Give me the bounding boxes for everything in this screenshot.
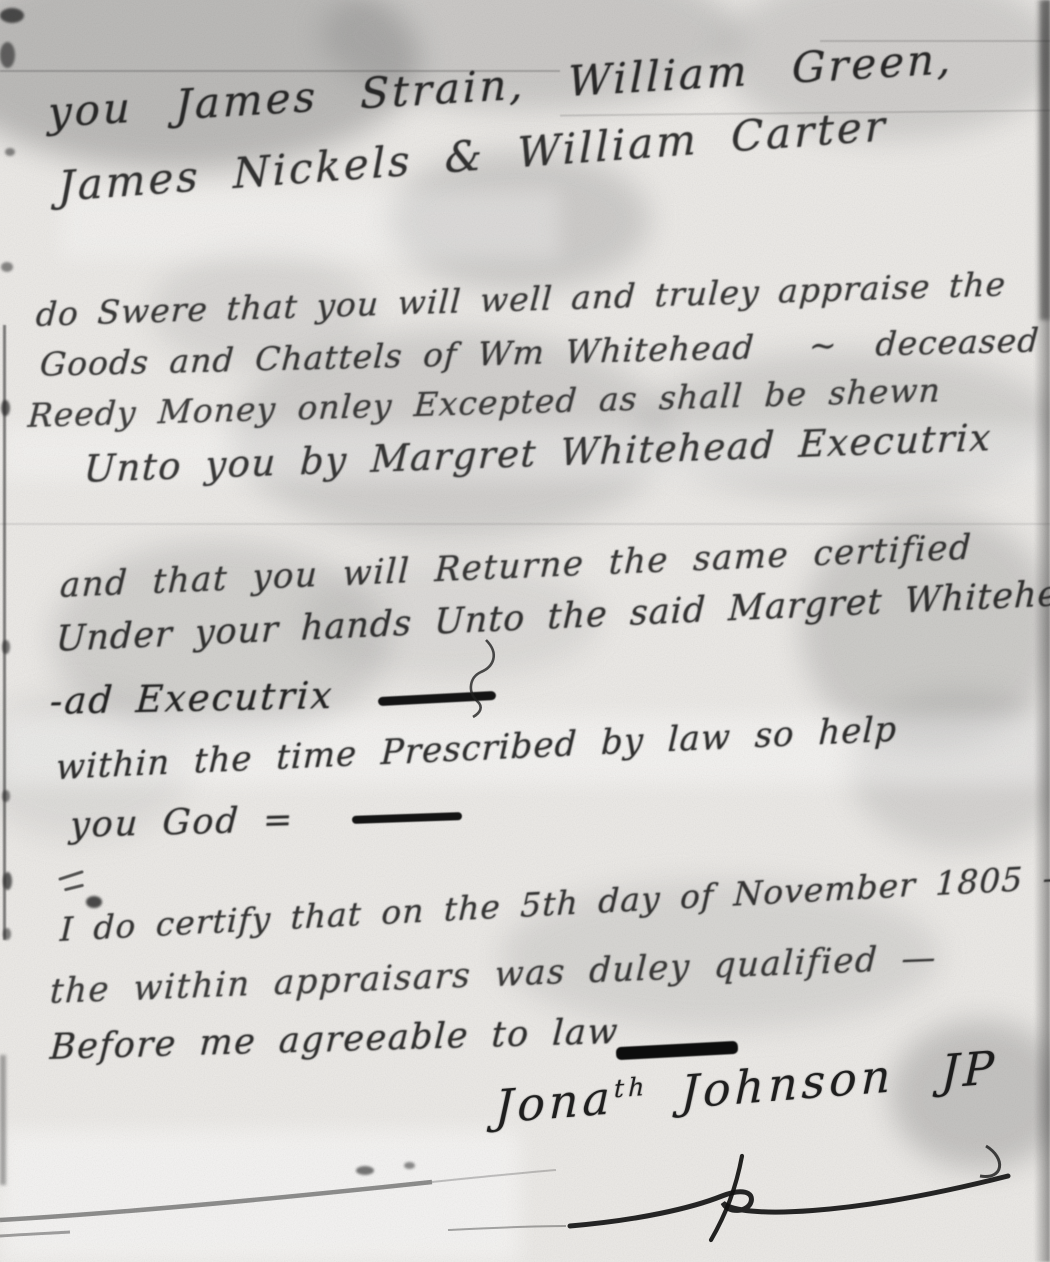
flourish-lead-in [448, 1226, 566, 1230]
binding-crease-line [3, 325, 6, 940]
paper-crease [0, 523, 1050, 525]
ink-blot [86, 896, 102, 908]
signature-title-jp: JP [940, 1040, 999, 1099]
paper-highlight [0, 1130, 520, 1262]
handwriting-line-2: James Nickels & William Carter [58, 101, 888, 211]
margin-equals-mark [64, 884, 84, 892]
margin-equals-mark [58, 870, 84, 881]
handwriting-line-4: Goods and Chattels of Wm Whitehead ~ dec… [39, 321, 1041, 384]
paper-stain [640, 350, 1050, 500]
pen-flourish-layer [0, 0, 1050, 1262]
jp-tail-flourish [980, 1146, 1000, 1176]
handwriting-line-6: Unto you by Margret Whitehead Executrix [83, 416, 993, 491]
stray-pen-squiggle [471, 640, 494, 717]
paper-stain [0, 690, 190, 840]
ink-dash-after-law [616, 1041, 739, 1060]
paper-highlight [0, 425, 1050, 480]
document-page: you James Strain, William Green, James N… [0, 0, 1050, 1262]
paper-stain [0, 0, 420, 170]
signature-underline-flourish [570, 1176, 1008, 1226]
scratch-line-faint [432, 1170, 556, 1182]
handwriting-line-11: you God = [69, 800, 296, 846]
paper-stain [300, 560, 600, 680]
paper-highlight [0, 715, 1050, 785]
ink-blot [2, 640, 10, 654]
ink-dash-after-executrix [378, 691, 496, 706]
scan-edge-right [1034, 0, 1050, 1262]
paper-stain [390, 150, 650, 290]
paper-stain [500, 880, 940, 1030]
scratch-line-short [0, 1232, 70, 1236]
handwriting-line-1: you James Strain, William Green, [48, 34, 954, 137]
scratch-line [0, 1182, 432, 1220]
handwriting-line-12: I do certify that on the 5th day of Nove… [59, 857, 1050, 949]
signature-given-name: Jona [494, 1071, 614, 1135]
paper-stain [320, 0, 740, 110]
paper-stain [720, 0, 1050, 140]
handwriting-line-14: Before me agreeable to law [49, 1012, 620, 1068]
paper-crease [0, 70, 560, 72]
ink-blot [1, 400, 10, 416]
paper-highlight [60, 190, 560, 260]
scan-edge-right [1040, 0, 1050, 320]
handwriting-line-3: do Swere that you will well and truley a… [35, 264, 1007, 334]
paper-crease [820, 40, 1050, 42]
ink-blot [2, 790, 10, 802]
handwriting-line-10: within the time Prescribed by law so hel… [55, 710, 898, 788]
handwriting-line-8: Under your hands Unto the said Margret W… [55, 574, 1050, 660]
signature-jonathan-johnson: Jonath Johnson JP [494, 1040, 999, 1134]
paper-stain [800, 510, 1050, 750]
ink-blot [0, 8, 24, 23]
ink-blot [3, 928, 11, 940]
signature-surname: Johnson [680, 1048, 895, 1119]
paper-stain [850, 690, 1050, 850]
handwriting-line-7: and that you will Returne the same certi… [59, 528, 973, 606]
handwriting-line-5: Reedy Money onley Excepted as shall be s… [27, 370, 942, 435]
paper-stain [890, 1020, 1050, 1170]
ink-blot [5, 148, 15, 156]
ink-blot [356, 1166, 374, 1175]
scan-noise-texture [0, 0, 1050, 1262]
handwriting-line-9: -ad Executrix [49, 674, 335, 723]
paper-stain [230, 330, 670, 540]
ink-blot [404, 1162, 415, 1169]
ink-blot [1, 262, 13, 272]
handwriting-line-13: the within appraisars was duley qualifie… [49, 938, 938, 1012]
ink-blot [3, 872, 12, 890]
ink-blot [0, 42, 15, 68]
paper-stain [150, 250, 370, 370]
paper-crease [560, 109, 1050, 116]
scan-edge-left [0, 1055, 6, 1185]
signature-superscript: th [614, 1071, 649, 1103]
paper-stain [50, 540, 390, 740]
flourish-stem [711, 1156, 742, 1240]
ink-dash-after-you-god [352, 812, 462, 824]
